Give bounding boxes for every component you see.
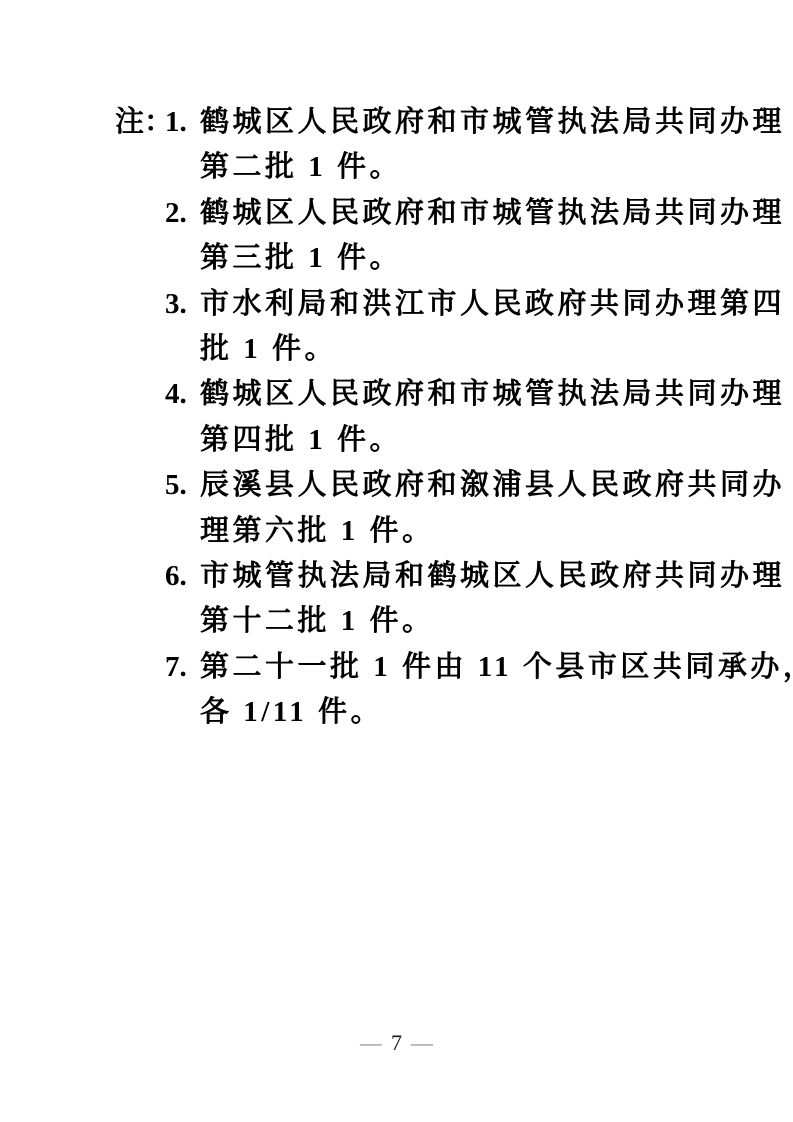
page-footer: — 7 — (0, 1028, 793, 1058)
note-item: 5. 辰溪县人民政府和溆浦县人民政府共同办 理第六批 1 件。 (165, 463, 793, 554)
note-item-text: 鹤城区人民政府和市城管执法局共同办理 第三批 1 件。 (200, 191, 785, 282)
note-line: 批 1 件。 (200, 327, 785, 372)
note-item-text: 第二十一批 1 件由 11 个县市区共同承办， 各 1/11 件。 (200, 645, 793, 736)
note-item-text: 鹤城区人民政府和市城管执法局共同办理 第四批 1 件。 (200, 372, 785, 463)
note-item: 7. 第二十一批 1 件由 11 个县市区共同承办， 各 1/11 件。 (165, 645, 793, 736)
note-item-text: 辰溪县人民政府和溆浦县人民政府共同办 理第六批 1 件。 (200, 463, 785, 554)
note-line: 鹤城区人民政府和市城管执法局共同办理 (200, 372, 785, 417)
note-line: 第十二批 1 件。 (200, 599, 785, 644)
note-line: 第四批 1 件。 (200, 418, 785, 463)
note-item: 2. 鹤城区人民政府和市城管执法局共同办理 第三批 1 件。 (165, 191, 793, 282)
note-item-text: 市水利局和洪江市人民政府共同办理第四 批 1 件。 (200, 282, 785, 373)
page-number: 7 (391, 1028, 402, 1058)
note-item-number: 2. (165, 191, 200, 236)
footer-left-dash: — (360, 1028, 382, 1058)
notes-list: 1. 鹤城区人民政府和市城管执法局共同办理 第二批 1 件。 2. 鹤城区人民政… (165, 100, 793, 736)
note-item: 6. 市城管执法局和鹤城区人民政府共同办理 第十二批 1 件。 (165, 554, 793, 645)
notes-section: 注： 1. 鹤城区人民政府和市城管执法局共同办理 第二批 1 件。 2. 鹤城区… (115, 100, 793, 736)
note-line: 市城管执法局和鹤城区人民政府共同办理 (200, 554, 785, 599)
note-item-number: 3. (165, 282, 200, 327)
note-item: 4. 鹤城区人民政府和市城管执法局共同办理 第四批 1 件。 (165, 372, 793, 463)
note-line: 市水利局和洪江市人民政府共同办理第四 (200, 282, 785, 327)
document-page: 注： 1. 鹤城区人民政府和市城管执法局共同办理 第二批 1 件。 2. 鹤城区… (0, 0, 793, 1122)
note-item-number: 7. (165, 645, 200, 690)
note-line: 理第六批 1 件。 (200, 509, 785, 554)
note-line: 辰溪县人民政府和溆浦县人民政府共同办 (200, 463, 785, 508)
note-item-text: 鹤城区人民政府和市城管执法局共同办理 第二批 1 件。 (200, 100, 785, 191)
note-line: 第三批 1 件。 (200, 236, 785, 281)
note-line: 第二批 1 件。 (200, 145, 785, 190)
note-item: 1. 鹤城区人民政府和市城管执法局共同办理 第二批 1 件。 (165, 100, 793, 191)
note-line: 各 1/11 件。 (200, 690, 793, 735)
notes-label: 注： (115, 100, 173, 145)
note-item-number: 4. (165, 372, 200, 417)
note-line: 鹤城区人民政府和市城管执法局共同办理 (200, 191, 785, 236)
note-line: 鹤城区人民政府和市城管执法局共同办理 (200, 100, 785, 145)
footer-right-dash: — (411, 1028, 433, 1058)
note-item-number: 6. (165, 554, 200, 599)
note-item-text: 市城管执法局和鹤城区人民政府共同办理 第十二批 1 件。 (200, 554, 785, 645)
note-line: 第二十一批 1 件由 11 个县市区共同承办， (200, 645, 793, 690)
note-item-number: 5. (165, 463, 200, 508)
note-item: 3. 市水利局和洪江市人民政府共同办理第四 批 1 件。 (165, 282, 793, 373)
